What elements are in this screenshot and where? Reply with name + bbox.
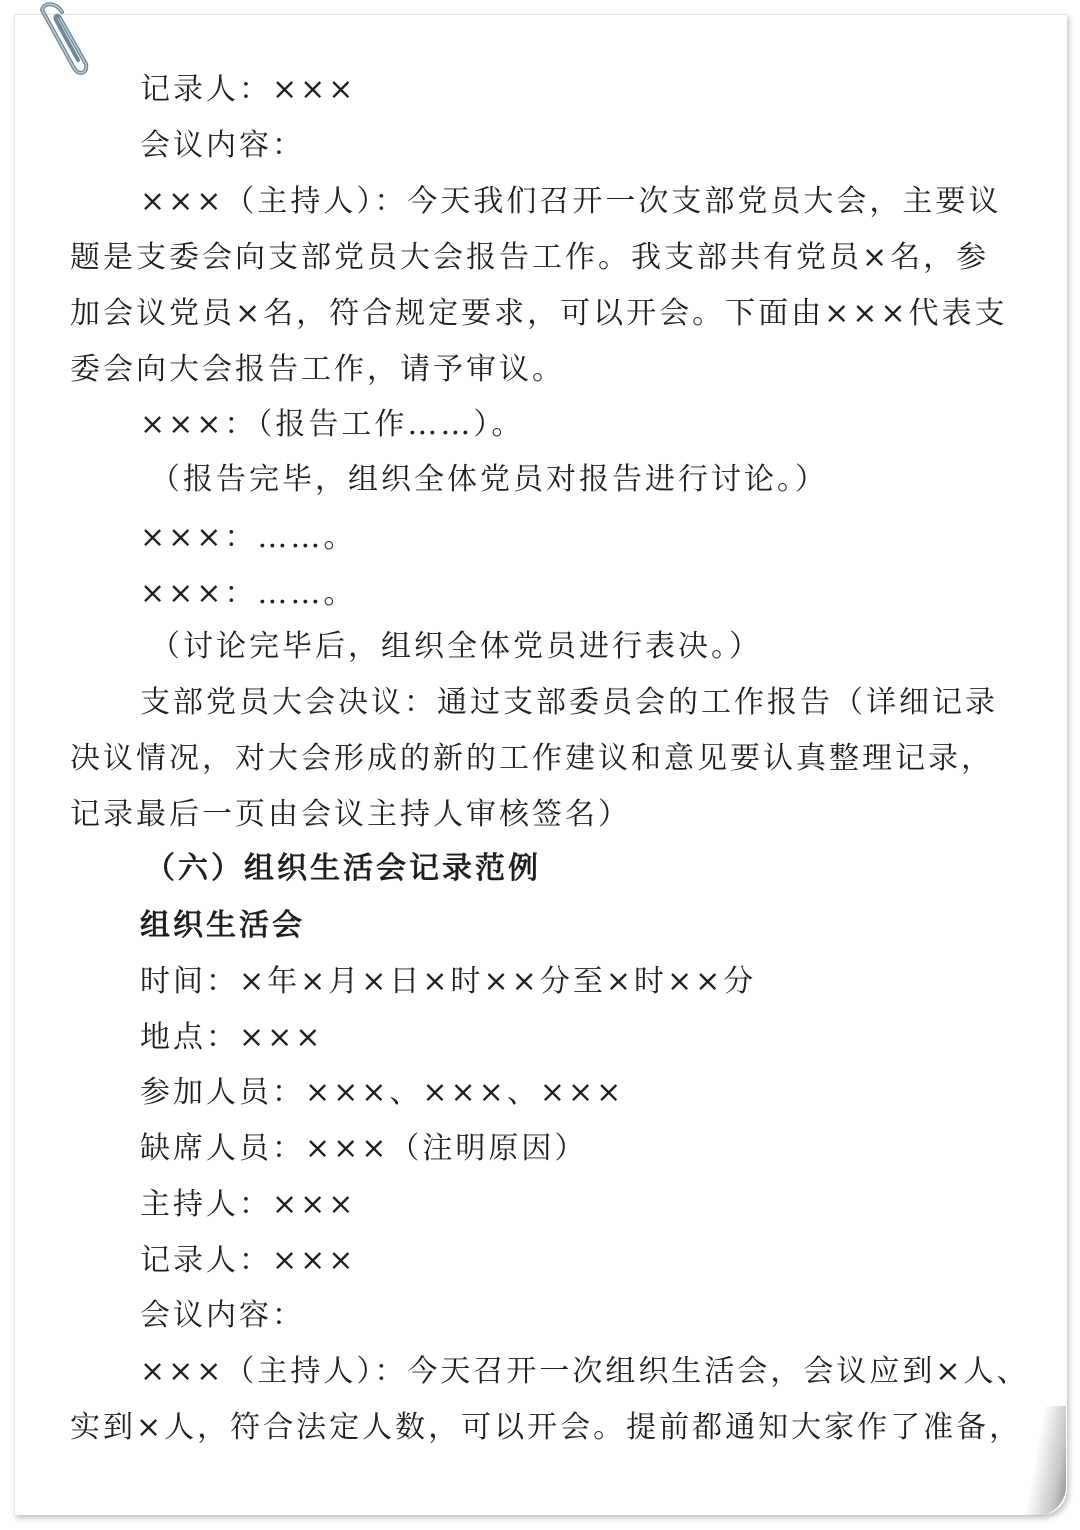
body-paragraph-line: 加会议党员×名，符合规定要求，可以开会。下面由×××代表支: [70, 296, 1008, 332]
section-heading: （六）组织生活会记录范例: [145, 851, 541, 887]
time-line: 时间：×年×月×日×时××分至×时××分: [140, 964, 756, 1000]
location-line: 地点：×××: [140, 1020, 323, 1056]
absentees-line: 缺席人员：×××（注明原因）: [140, 1131, 587, 1167]
subsection-title: 组织生活会: [140, 908, 305, 944]
meeting-content-label: 会议内容：: [140, 128, 305, 164]
recorder-line: 记录人：×××: [140, 72, 356, 108]
body-paragraph-line: 实到×人，符合法定人数，可以开会。提前都通知大家作了准备，: [70, 1410, 1022, 1446]
body-paragraph-line: ×××（主持人）：今天我们召开一次支部党员大会，主要议: [140, 184, 1001, 220]
body-paragraph-line: （讨论完毕后，组织全体党员进行表决。）: [150, 629, 762, 665]
body-paragraph-line: （报告完毕，组织全体党员对报告进行讨论。）: [150, 462, 828, 498]
meeting-content-label: 会议内容：: [140, 1298, 305, 1334]
paperclip-icon: [22, 0, 92, 82]
body-paragraph-line: ×××（主持人）：今天召开一次组织生活会，会议应到×人、: [140, 1354, 1030, 1390]
recorder-line: 记录人：×××: [140, 1243, 356, 1279]
attendees-line: 参加人员：×××、×××、×××: [140, 1075, 624, 1111]
resolution-line: 决议情况，对大会形成的新的工作建议和意见要认真整理记录，: [70, 741, 994, 777]
body-paragraph-line: ×××：……。: [140, 576, 356, 612]
body-paragraph-line: 题是支委会向支部党员大会报告工作。我支部共有党员×名，参: [70, 240, 989, 276]
body-paragraph-line: ×××：……。: [140, 520, 356, 556]
resolution-line: 支部党员大会决议：通过支部委员会的工作报告（详细记录: [140, 685, 998, 721]
host-line: 主持人：×××: [140, 1187, 356, 1223]
body-paragraph-line: 委会向大会报告工作，请予审议。: [70, 352, 565, 388]
body-paragraph-line: ×××：（报告工作……）。: [140, 407, 524, 443]
resolution-line: 记录最后一页由会议主持人审核签名）: [70, 797, 631, 833]
